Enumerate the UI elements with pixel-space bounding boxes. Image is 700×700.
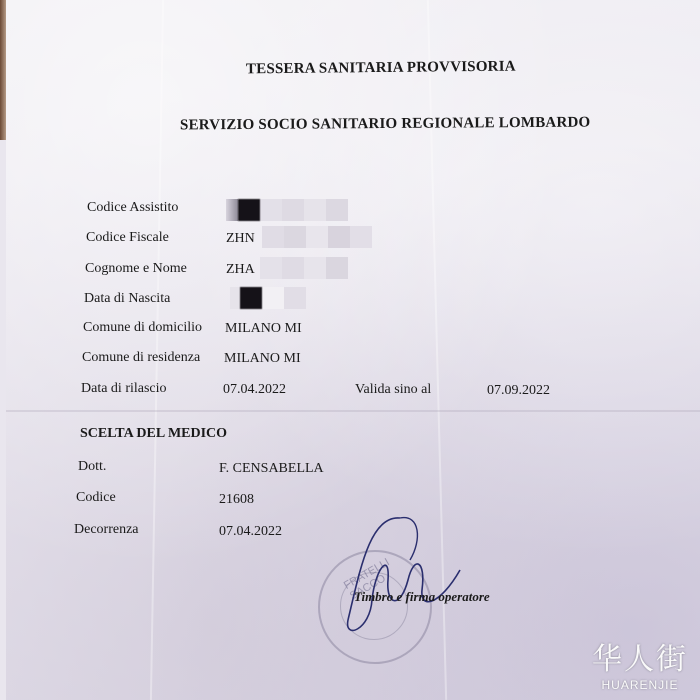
redacted-codice-fiscale <box>262 226 372 248</box>
value-data-rilascio: 07.04.2022 <box>223 382 286 398</box>
value-cognome-nome: ZHA <box>226 262 255 278</box>
document-title: TESSERA SANITARIA PROVVISORIA <box>246 59 516 79</box>
label-cognome-nome: Cognome e Nome <box>85 261 187 277</box>
label-dott: Dott. <box>78 459 106 475</box>
signature-label: Timbro e firma operatore <box>354 589 490 605</box>
watermark-latin: HUARENJIE <box>592 678 688 692</box>
redacted-data-nascita <box>230 287 306 309</box>
redacted-codice-assistito <box>226 199 348 221</box>
value-valida-sino: 07.09.2022 <box>487 383 550 399</box>
signature-scribble <box>330 510 470 640</box>
label-comune-residenza: Comune di residenza <box>82 350 200 366</box>
label-decorrenza: Decorrenza <box>74 522 139 538</box>
value-codice: 21608 <box>219 492 254 508</box>
value-codice-fiscale: ZHN <box>226 231 255 247</box>
section-heading-medico: SCELTA DEL MEDICO <box>80 426 227 442</box>
label-data-rilascio: Data di rilascio <box>81 381 167 397</box>
value-decorrenza: 07.04.2022 <box>219 524 282 540</box>
fold-crease <box>6 410 700 412</box>
label-codice: Codice <box>76 490 116 506</box>
label-data-nascita: Data di Nascita <box>84 291 170 307</box>
value-dott: F. CENSABELLA <box>219 461 324 477</box>
label-codice-fiscale: Codice Fiscale <box>86 230 169 246</box>
label-codice-assistito: Codice Assistito <box>87 200 178 216</box>
watermark-logo: 华人街 HUARENJIE <box>592 634 688 692</box>
watermark-chinese: 华人街 <box>592 634 688 678</box>
label-valida-sino: Valida sino al <box>355 382 431 398</box>
value-comune-domicilio: MILANO MI <box>225 321 302 337</box>
redacted-cognome-nome <box>260 257 348 279</box>
document-subtitle: SERVIZIO SOCIO SANITARIO REGIONALE LOMBA… <box>180 115 590 135</box>
value-comune-residenza: MILANO MI <box>224 351 301 367</box>
label-comune-domicilio: Comune di domicilio <box>83 320 202 336</box>
